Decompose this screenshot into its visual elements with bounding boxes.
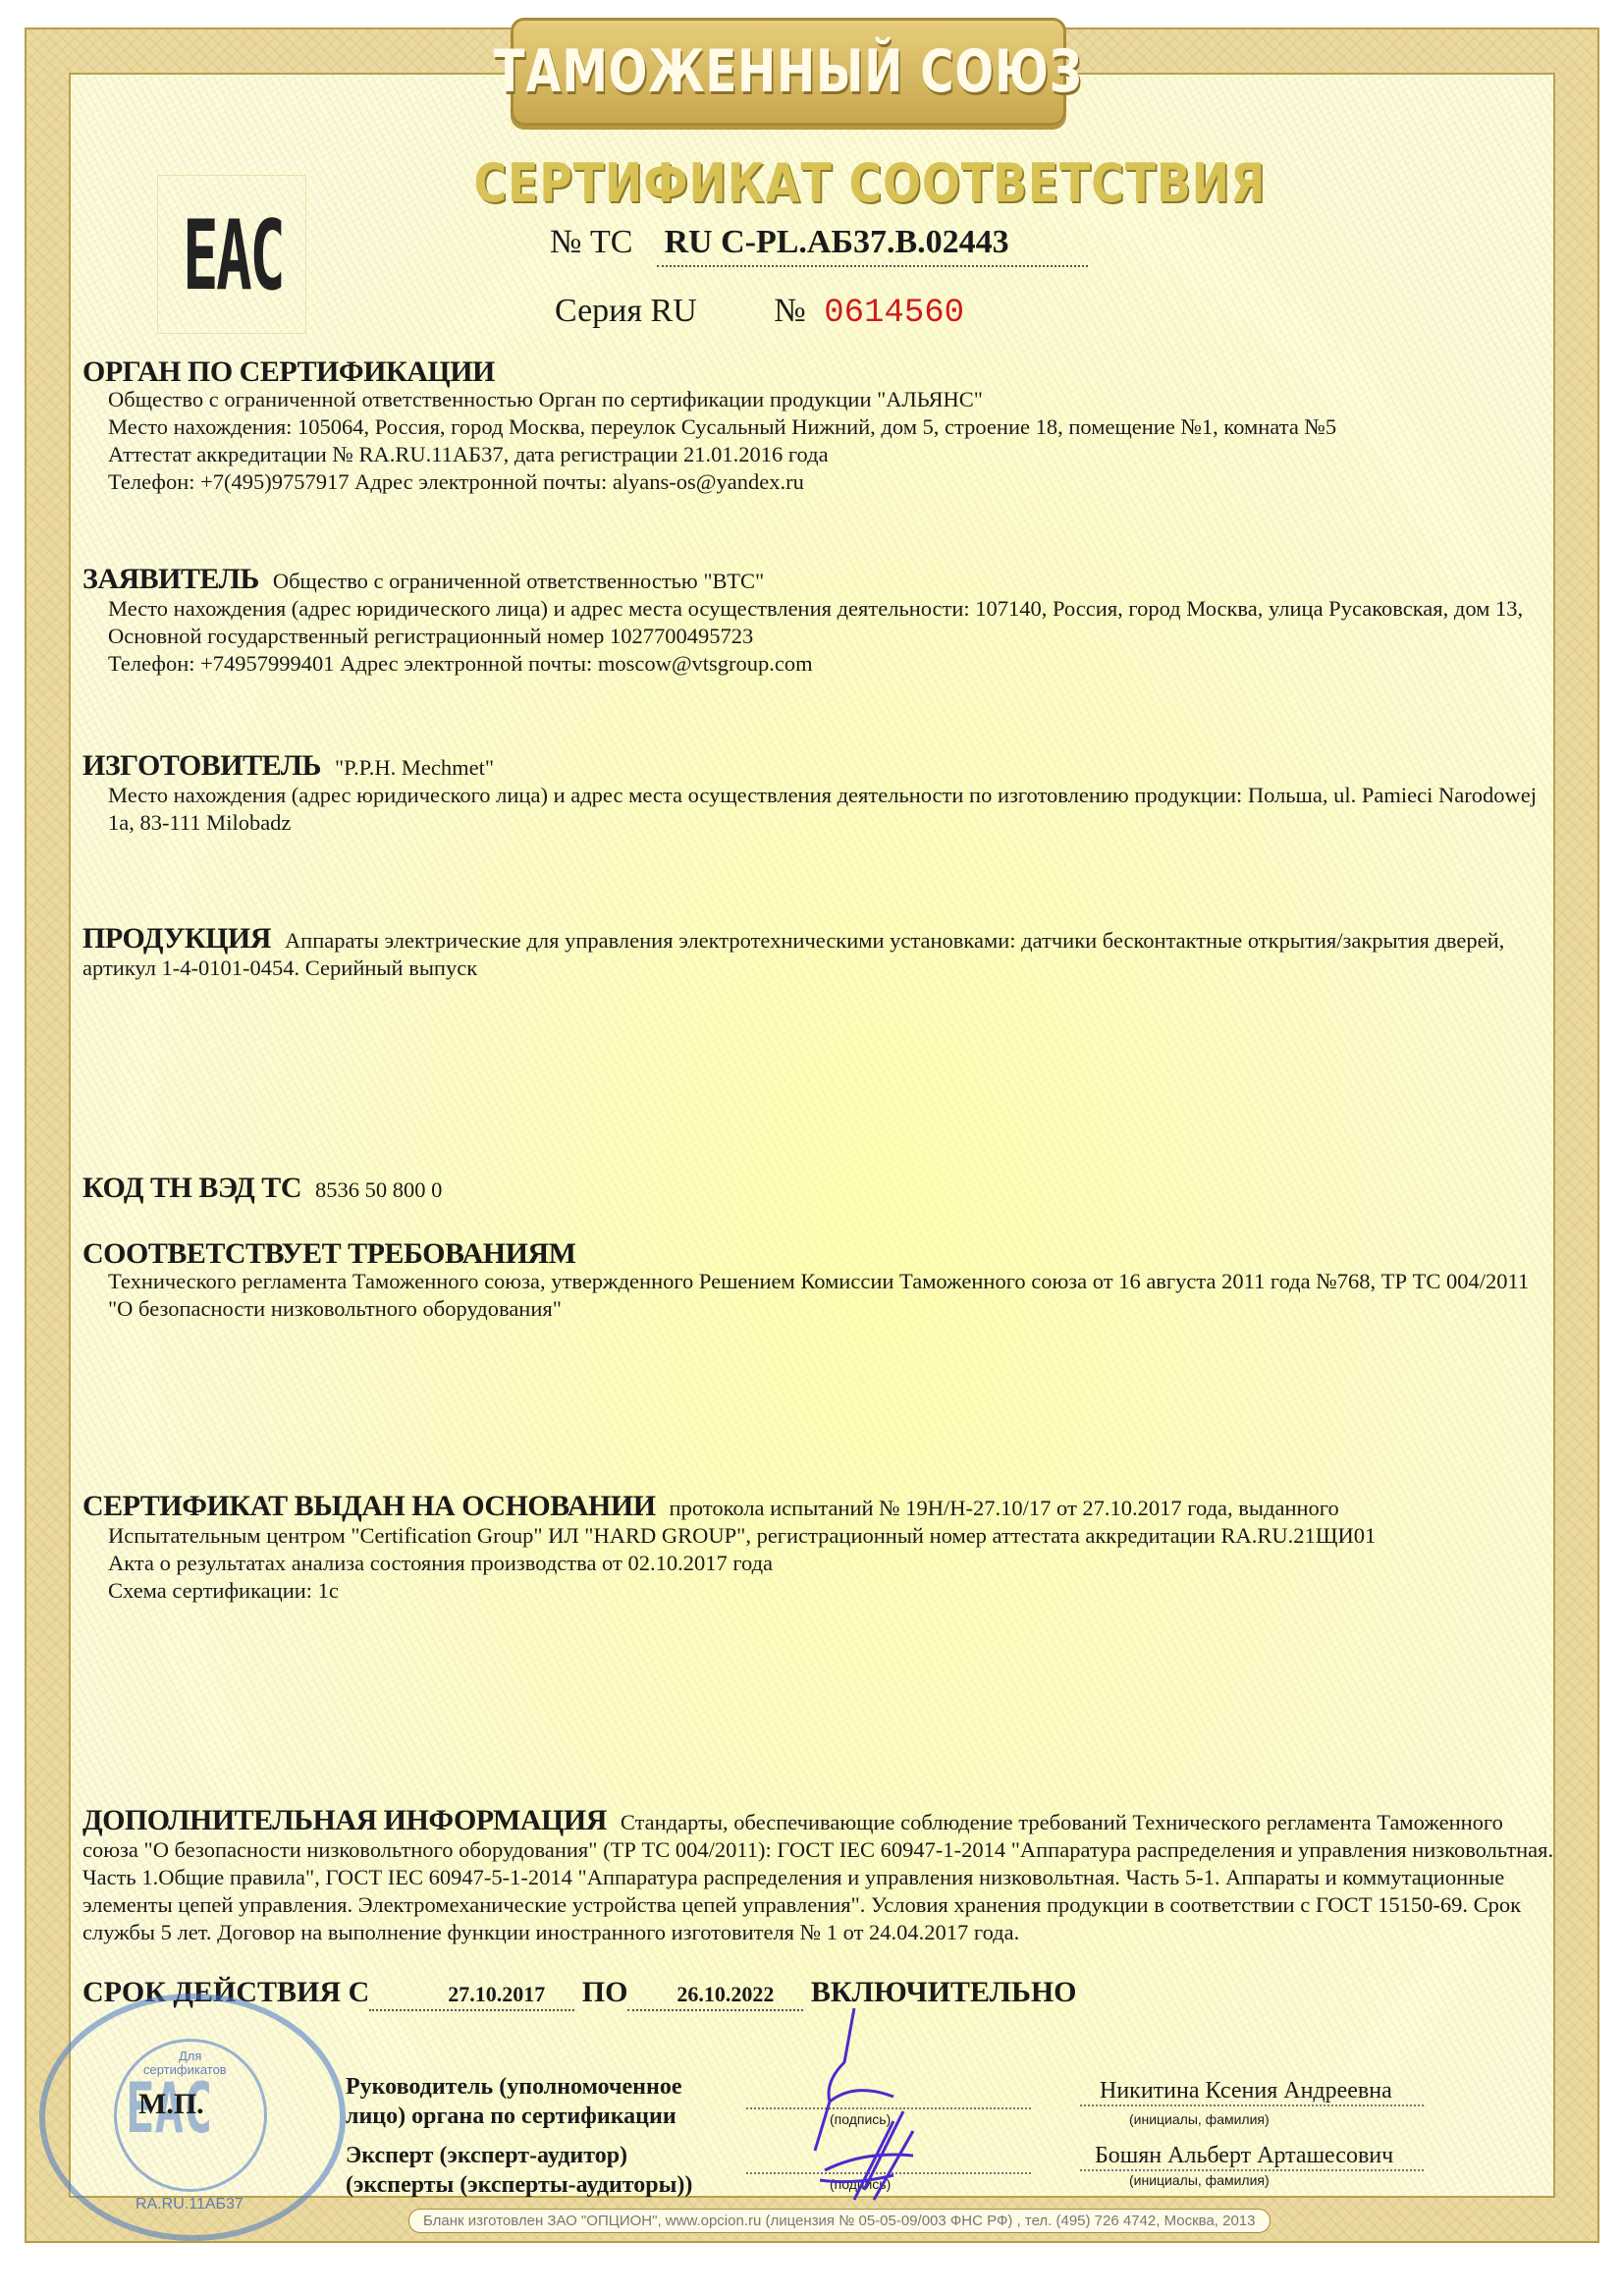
head-signature-label: Руководитель (уполномоченное лицо) орган… [346, 2072, 682, 2131]
basis-first-line: протокола испытаний № 19Н/Н-27.10/17 от … [670, 1496, 1339, 1520]
eac-mark-icon: EAC [183, 200, 283, 312]
expert-name: Бошян Альберт Арташесович [1080, 2143, 1424, 2171]
validity-to-label: ПО [582, 1976, 628, 2008]
applicant-section: ЗАЯВИТЕЛЬОбщество с ограниченной ответст… [82, 566, 1554, 678]
certificate-number-row: № ТС RU C-PL.АБ37.B.02443 [550, 224, 1088, 267]
line: Телефон: +74957999401 Адрес электронной … [82, 650, 1554, 678]
validity-from-date: 27.10.2017 [369, 1982, 574, 2011]
additional-info-section: ДОПОЛНИТЕЛЬНАЯ ИНФОРМАЦИЯСтандарты, обес… [82, 1807, 1554, 1946]
line: Испытательным центром "Certification Gro… [82, 1522, 1554, 1550]
stamp-accreditation: RA.RU.11АБ37 [135, 2196, 243, 2214]
name-caption: (инициалы, фамилия) [1129, 2172, 1270, 2188]
certification-body-section: ОРГАН ПО СЕРТИФИКАЦИИ Общество с огранич… [82, 358, 1554, 496]
section-heading: ДОПОЛНИТЕЛЬНАЯ ИНФОРМАЦИЯ [82, 1804, 607, 1836]
product-section: ПРОДУКЦИЯАппараты электрические для упра… [82, 925, 1554, 982]
tn-ved-code: 8536 50 800 0 [315, 1177, 442, 1202]
number-label: № ТС [550, 224, 648, 261]
certificate-number: RU C-PL.АБ37.B.02443 [657, 224, 1088, 267]
official-stamp: Для сертификатов EAC М.П. RA.RU.11АБ37 [39, 1994, 346, 2241]
label-line: Руководитель (уполномоченное [346, 2072, 682, 2102]
manufacturer-section: ИЗГОТОВИТЕЛЬ"P.P.H. Mechmet" Место нахож… [82, 752, 1554, 837]
label-line: (эксперты (эксперты-аудиторы)) [346, 2170, 692, 2200]
applicant-name: Общество с ограниченной ответственностью… [273, 569, 764, 593]
line: Место нахождения (адрес юридического лиц… [82, 595, 1554, 650]
line: Телефон: +7(495)9757917 Адрес электронно… [82, 468, 1554, 496]
series-label: Серия RU [555, 293, 697, 329]
line: Место нахождения: 105064, Россия, город … [82, 413, 1554, 441]
label-line: лицо) органа по сертификации [346, 2102, 682, 2131]
handwritten-signature-icon [785, 2003, 962, 2210]
blank-producer-footer: Бланк изготовлен ЗАО "ОПЦИОН", www.opcio… [408, 2209, 1271, 2233]
requirements-text: Технического регламента Таможенного союз… [82, 1268, 1554, 1323]
customs-union-banner: ТАМОЖЕННЫЙ СОЮЗ [511, 18, 1066, 126]
section-heading: ЗАЯВИТЕЛЬ [82, 563, 259, 595]
line: Общество с ограниченной ответственностью… [82, 386, 1554, 413]
series-number: 0614560 [824, 295, 964, 332]
tn-ved-section: КОД ТН ВЭД ТС8536 50 800 0 [82, 1175, 1554, 1204]
label-line: Эксперт (эксперт-аудитор) [346, 2141, 692, 2170]
certificate-title: СЕРТИФИКАТ СООТВЕТСТВИЯ [474, 152, 1058, 214]
section-heading: ОРГАН ПО СЕРТИФИКАЦИИ [82, 358, 1554, 386]
product-text: Аппараты электрические для управления эл… [82, 928, 1504, 980]
section-heading: СЕРТИФИКАТ ВЫДАН НА ОСНОВАНИИ [82, 1490, 656, 1522]
series-no-label: № [774, 293, 805, 329]
line: Аттестат аккредитации № RA.RU.11АБ37, да… [82, 441, 1554, 468]
section-heading: ИЗГОТОВИТЕЛЬ [82, 749, 321, 782]
name-caption: (инициалы, фамилия) [1129, 2111, 1270, 2127]
requirements-section: СООТВЕТСТВУЕТ ТРЕБОВАНИЯМ Технического р… [82, 1240, 1554, 1323]
head-name: Никитина Ксения Андреевна [1080, 2078, 1424, 2106]
banner-text: ТАМОЖЕННЫЙ СОЮЗ [494, 37, 1083, 106]
section-heading: КОД ТН ВЭД ТС [82, 1172, 301, 1204]
line: Схема сертификации: 1с [82, 1577, 1554, 1605]
section-heading: СООТВЕТСТВУЕТ ТРЕБОВАНИЯМ [82, 1240, 1554, 1268]
series-row: Серия RU № 0614560 [555, 293, 964, 332]
stamp-inner-top: Для [179, 2049, 201, 2063]
manufacturer-name: "P.P.H. Mechmet" [335, 755, 494, 780]
line: Акта о результатах анализа состояния про… [82, 1550, 1554, 1577]
stamp-mp-label: М.П. [138, 2088, 204, 2121]
validity-to-date: 26.10.2022 [627, 1982, 803, 2011]
line: Место нахождения (адрес юридического лиц… [82, 782, 1554, 837]
expert-signature-label: Эксперт (эксперт-аудитор) (эксперты (экс… [346, 2141, 692, 2200]
section-heading: ПРОДУКЦИЯ [82, 922, 271, 955]
eac-logo-box: EAC [157, 175, 306, 334]
basis-section: СЕРТИФИКАТ ВЫДАН НА ОСНОВАНИИпротокола и… [82, 1493, 1554, 1605]
